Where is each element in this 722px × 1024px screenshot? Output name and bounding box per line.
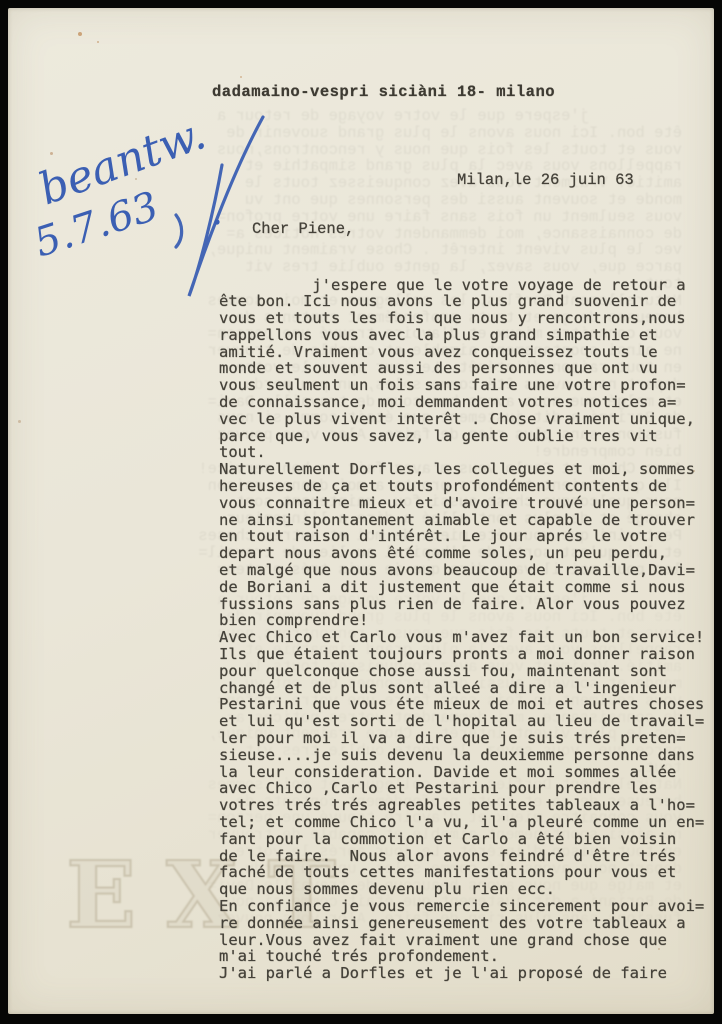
annotation-bracket-stroke (176, 215, 182, 247)
annotation-ink-dot (214, 219, 219, 224)
scanned-letter-page: j'espere que le votre voyage de retour a… (0, 0, 722, 1024)
letterhead-line: dadamaino-vespri siciàni 18- milano (212, 84, 555, 101)
handwritten-annotation: beantw. 5.7.63 (30, 105, 290, 335)
letter-body: j'espere que le votre voyage de retour a… (219, 277, 704, 982)
date-line: Milan,le 26 juin 63 (457, 172, 634, 189)
